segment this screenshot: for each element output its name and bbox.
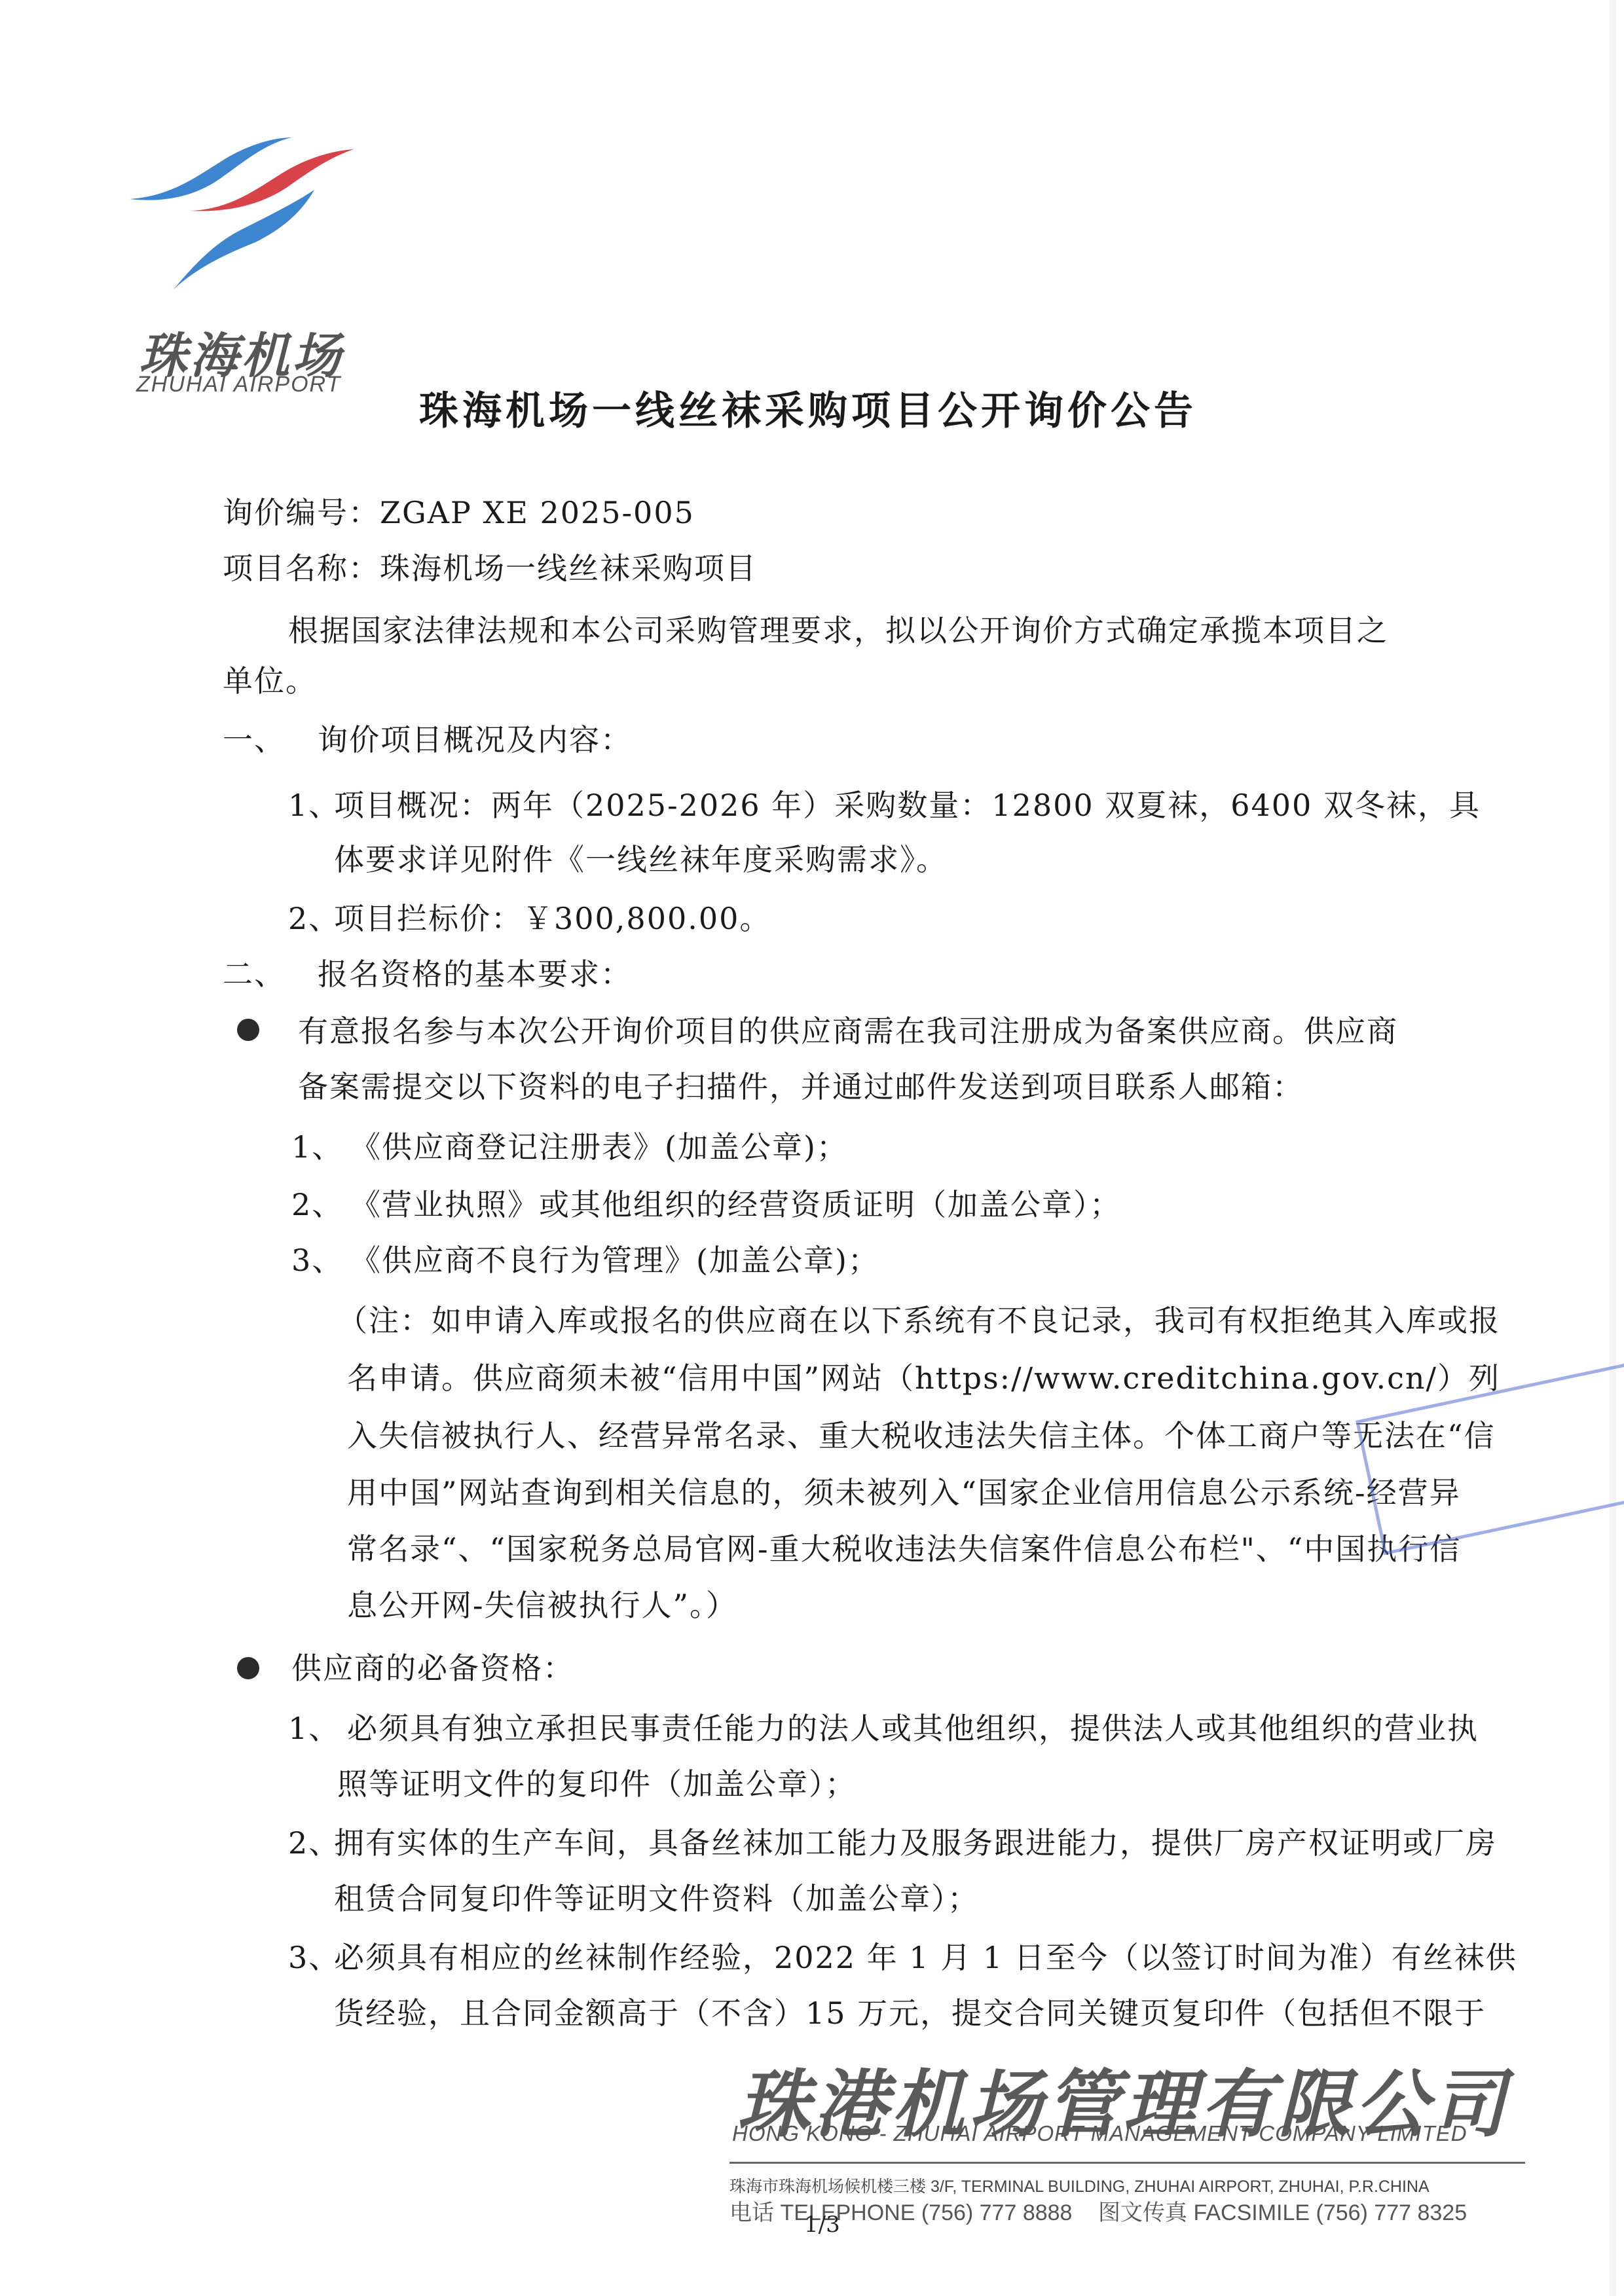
page-title: 珠海机场一线丝袜采购项目公开询价公告: [419, 380, 1197, 436]
inquiry-number-value: ZGAP XE 2025-005: [380, 495, 695, 530]
bullet-1-item-2-number: 2、: [291, 1185, 343, 1224]
intro-line-1: 根据国家法律法规和本公司采购管理要求，拟以公开询价方式确定承揽本项目之: [288, 611, 1388, 650]
scan-edge: [1610, 0, 1616, 2296]
logo: 珠海机场 ZHUHAI AIRPORT: [124, 131, 386, 393]
intro-line-2: 单位。: [223, 661, 317, 701]
bullet-2-item-1-line-1: 必须具有独立承担民事责任能力的法人或其他组织，提供法人或其他组织的营业执: [347, 1709, 1479, 1748]
bullet-1-item-1-text: 《供应商登记注册表》(加盖公章)；: [350, 1127, 848, 1167]
bullet-icon: [237, 1019, 259, 1041]
footer-divider: [729, 2162, 1525, 2164]
inquiry-number-label: 询价编号：: [223, 495, 380, 530]
bullet-2-item-2-line-1: 拥有实体的生产车间，具备丝袜加工能力及服务跟进能力，提供厂房产权证明或厂房: [334, 1823, 1497, 1863]
project-name-label: 项目名称：: [223, 551, 380, 586]
bullet-1-line-2: 备案需提交以下资料的电子扫描件，并通过邮件发送到项目联系人邮箱：: [298, 1067, 1304, 1106]
section-1-item-2-number: 2、: [288, 899, 340, 938]
note-line-6: 息公开网-失信被执行人”。）: [347, 1586, 737, 1625]
bullet-1-item-1-number: 1、: [291, 1127, 343, 1167]
bullet-2-item-2-number: 2、: [288, 1823, 340, 1863]
note-line-4: 用中国”网站查询到相关信息的，须未被列入“国家企业信用信息公示系统-经营异: [347, 1473, 1461, 1512]
logo-swoosh-icon: [124, 131, 386, 308]
section-1-item-1-number: 1、: [288, 786, 340, 825]
footer-telephone: 电话 TELEPHONE (756) 777 8888: [729, 2195, 1072, 2227]
bullet-icon: [237, 1657, 259, 1679]
section-1-item-1-line-1: 项目概况：两年（2025-2026 年）采购数量：12800 双夏袜，6400 …: [334, 786, 1481, 825]
section-1-heading: 询价项目概况及内容：: [318, 720, 632, 759]
bullet-1-item-2-text: 《营业执照》或其他组织的经营资质证明（加盖公章）；: [350, 1185, 1121, 1224]
bullet-1-line-1: 有意报名参与本次公开询价项目的供应商需在我司注册成为备案供应商。供应商: [298, 1011, 1398, 1051]
footer-facsimile: 图文传真 FACSIMILE (756) 777 8325: [1098, 2195, 1467, 2227]
bullet-1-item-3-number: 3、: [291, 1241, 343, 1280]
section-1-number: 一、: [223, 720, 286, 759]
bullet-2-item-3-line-2: 货经验，且合同金额高于（不含）15 万元，提交合同关键页复印件（包括但不限于: [334, 1994, 1486, 2033]
section-1-item-1-line-2: 体要求详见附件《一线丝袜年度采购需求》。: [334, 840, 948, 879]
note-line-1: （注：如申请入库或报名的供应商在以下系统有不良记录，我司有权拒绝其入库或报: [337, 1301, 1500, 1340]
logo-en-name: ZHUHAI AIRPORT: [136, 372, 341, 397]
bullet-2-item-3-number: 3、: [288, 1938, 340, 1977]
bullet-2-item-3-line-1: 必须具有相应的丝袜制作经验，2022 年 1 月 1 日至今（以签订时间为准）有…: [334, 1938, 1517, 1977]
note-line-3: 入失信被执行人、经营异常名录、重大税收违法失信主体。个体工商户等无法在“信: [347, 1416, 1496, 1455]
section-2-heading: 报名资格的基本要求：: [318, 955, 632, 994]
note-line-2: 名申请。供应商须未被“信用中国”网站（https://www.creditchi…: [347, 1358, 1500, 1398]
footer-address: 珠海市珠海机场候机楼三楼 3/F, TERMINAL BUILDING, ZHU…: [729, 2174, 1430, 2197]
bullet-2-item-2-line-2: 租赁合同复印件等证明文件资料（加盖公章）；: [334, 1879, 979, 1918]
section-1-item-2-line-1: 项目拦标价：￥300,800.00。: [334, 899, 771, 938]
bullet-2-item-1-line-2: 照等证明文件的复印件（加盖公章）；: [337, 1764, 857, 1804]
page-number: 1/3: [804, 2212, 840, 2238]
bullet-1-item-3-text: 《供应商不良行为管理》(加盖公章)；: [350, 1241, 879, 1280]
bullet-2-item-1-number: 1、: [288, 1709, 340, 1748]
note-line-5: 常名录“、“国家税务总局官网-重大税收违法失信案件信息公布栏"、“中国执行信: [347, 1529, 1461, 1569]
footer-company-en: HONG KONG - ZHUHAI AIRPORT MANAGEMENT CO…: [732, 2121, 1467, 2146]
project-name-value: 珠海机场一线丝袜采购项目: [380, 551, 757, 586]
bullet-2-heading: 供应商的必备资格：: [291, 1649, 574, 1688]
project-name: 项目名称：珠海机场一线丝袜采购项目: [223, 549, 757, 588]
inquiry-number: 询价编号：ZGAP XE 2025-005: [223, 493, 695, 532]
section-2-number: 二、: [223, 955, 286, 994]
